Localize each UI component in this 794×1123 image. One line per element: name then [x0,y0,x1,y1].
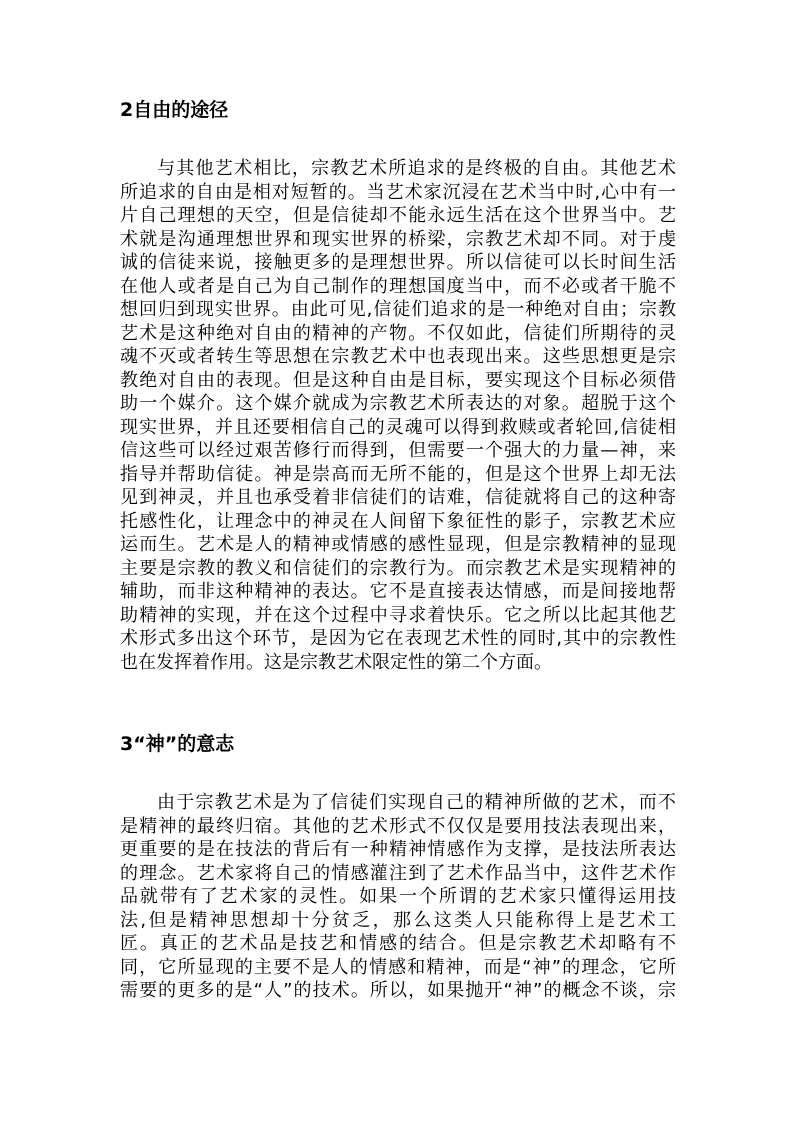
text-line: 在他人或者是自己为自己制作的理想国度当中，而不必或者干脆不 [120,275,676,299]
section-heading-divine-will: 3“神”的意志 [120,732,234,756]
text-line: 指导并帮助信徒。神是崇高而无所不能的，但是这个世界上却无法 [120,463,676,487]
text-line: 助精神的实现，并在这个过程中寻求着快乐。它之所以比起其他艺 [120,604,676,628]
text-line: 诚的信徒来说，接触更多的是理想世界。所以信徒可以长时间生活 [120,251,676,275]
text-line: 更重要的是在技法的背后有一种精神情感作为支撑，是技法所表达 [120,838,676,862]
text-line: 需要的更多的是“人”的技术。所以，如果抛开“神”的概念不谈，宗 [120,979,676,1003]
text-line: 辅助，而非这种精神的表达。它不是直接表达情感，而是间接地帮 [120,580,676,604]
text-line: 与其他艺术相比，宗教艺术所追求的是终极的自由。其他艺术 [120,157,676,181]
text-line: 法,但是精神思想却十分贫乏，那么这类人只能称得上是艺术工 [120,909,676,933]
text-line: 教绝对自由的表现。但是这种自由是目标，要实现这个目标必须借 [120,369,676,393]
section-heading-freedom-path: 2自由的途径 [120,98,228,122]
text-line: 想回归到现实世界。由此可见,信徒们追求的是一种绝对自由；宗教 [120,298,676,322]
text-line: 由于宗教艺术是为了信徒们实现自己的精神所做的艺术，而不 [120,791,676,815]
text-line: 的理念。艺术家将自己的情感灌注到了艺术作品当中，这件艺术作 [120,862,676,886]
text-line: 品就带有了艺术家的灵性。如果一个所谓的艺术家只懂得运用技 [120,885,676,909]
text-line: 主要是宗教的教义和信徒们的宗教行为。而宗教艺术是实现精神的 [120,557,676,581]
text-line: 信这些可以经过艰苦修行而得到，但需要一个强大的力量—神，来 [120,439,676,463]
text-line: 同，它所显现的主要不是人的情感和精神，而是“神”的理念，它所 [120,956,676,980]
text-line: 也在发挥着作用。这是宗教艺术限定性的第二个方面。 [120,651,676,675]
text-line: 所追求的自由是相对短暂的。当艺术家沉浸在艺术当中时,心中有一 [120,181,676,205]
paragraph-divine-will: 由于宗教艺术是为了信徒们实现自己的精神所做的艺术，而不 是精神的最终归宿。其他的… [120,791,676,1003]
text-line: 运而生。艺术是人的精神或情感的感性显现，但是宗教精神的显现 [120,533,676,557]
document-page: 2自由的途径 与其他艺术相比，宗教艺术所追求的是终极的自由。其他艺术 所追求的自… [0,0,794,1123]
text-line: 助一个媒介。这个媒介就成为宗教艺术所表达的对象。超脱于这个 [120,392,676,416]
paragraph-freedom-path: 与其他艺术相比，宗教艺术所追求的是终极的自由。其他艺术 所追求的自由是相对短暂的… [120,157,676,674]
text-line: 是精神的最终归宿。其他的艺术形式不仅仅是要用技法表现出来， [120,815,676,839]
text-line: 匠。真正的艺术品是技艺和情感的结合。但是宗教艺术却略有不 [120,932,676,956]
text-line: 术就是沟通理想世界和现实世界的桥梁，宗教艺术却不同。对于虔 [120,228,676,252]
text-line: 托感性化，让理念中的神灵在人间留下象征性的影子，宗教艺术应 [120,510,676,534]
text-line: 现实世界，并且还要相信自己的灵魂可以得到救赎或者轮回,信徒相 [120,416,676,440]
text-line: 艺术是这种绝对自由的精神的产物。不仅如此，信徒们所期待的灵 [120,322,676,346]
text-line: 片自己理想的天空，但是信徒却不能永远生活在这个世界当中。艺 [120,204,676,228]
text-line: 魂不灭或者转生等思想在宗教艺术中也表现出来。这些思想更是宗 [120,345,676,369]
text-line: 见到神灵，并且也承受着非信徒们的诘难，信徒就将自己的这种寄 [120,486,676,510]
text-line: 术形式多出这个环节，是因为它在表现艺术性的同时,其中的宗教性 [120,627,676,651]
